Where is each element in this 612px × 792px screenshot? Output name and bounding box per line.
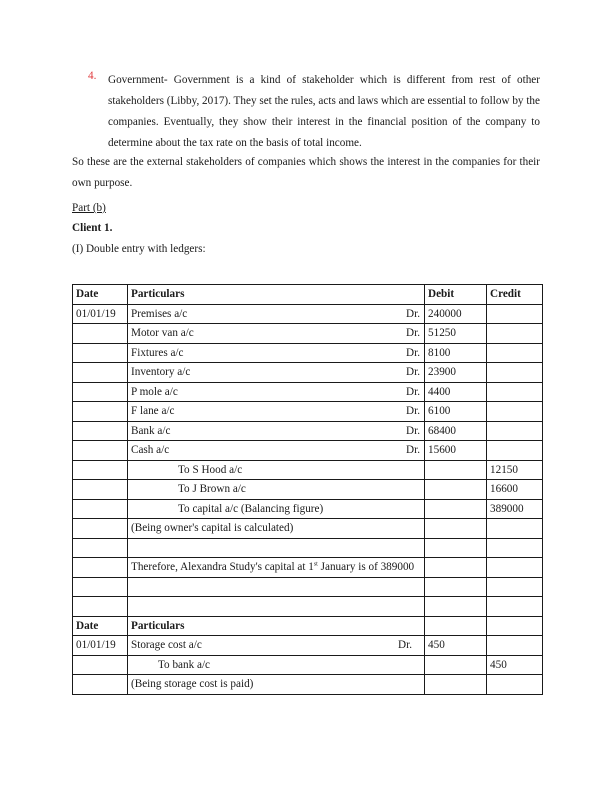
debit-marker: Dr. xyxy=(406,324,420,342)
date-cell xyxy=(73,402,128,422)
header-date: Date xyxy=(73,616,128,636)
summary-paragraph: So these are the external stakeholders o… xyxy=(72,152,540,194)
empty-cell xyxy=(128,597,425,617)
particulars-cell: F lane a/cDr. xyxy=(128,402,425,422)
table-row: (Being storage cost is paid) xyxy=(73,675,543,695)
debit-marker: Dr. xyxy=(406,383,420,401)
table-row: Cash a/cDr.15600 xyxy=(73,441,543,461)
header-credit: Credit xyxy=(487,285,543,305)
debit-cell: 8100 xyxy=(425,343,487,363)
table-header-row: DateParticulars xyxy=(73,616,543,636)
empty-cell xyxy=(425,558,487,578)
empty-cell xyxy=(73,538,128,558)
debit-cell: 450 xyxy=(425,636,487,656)
empty-cell xyxy=(487,597,543,617)
intro-line: (I) Double entry with ledgers: xyxy=(72,243,206,255)
ledger-table: Date Particulars Debit Credit 01/01/19Pr… xyxy=(72,284,543,695)
account-name: P mole a/c xyxy=(131,386,178,398)
particulars-cell: P mole a/cDr. xyxy=(128,382,425,402)
date-cell: 01/01/19 xyxy=(73,636,128,656)
credit-cell xyxy=(487,343,543,363)
date-cell xyxy=(73,655,128,675)
debit-marker: Dr. xyxy=(406,305,420,323)
date-cell xyxy=(73,460,128,480)
debit-cell: 6100 xyxy=(425,402,487,422)
particulars-cell: To J Brown a/c xyxy=(128,480,425,500)
credit-cell xyxy=(487,519,543,539)
credit-cell: 389000 xyxy=(487,499,543,519)
empty-cell xyxy=(487,538,543,558)
debit-cell xyxy=(425,519,487,539)
account-name: F lane a/c xyxy=(131,405,175,417)
account-name: To J Brown a/c xyxy=(178,483,246,495)
date-cell xyxy=(73,421,128,441)
header-particulars: Particulars xyxy=(128,285,425,305)
account-name: To S Hood a/c xyxy=(178,464,242,476)
account-name: Cash a/c xyxy=(131,444,169,456)
date-cell xyxy=(73,382,128,402)
particulars-cell: Motor van a/cDr. xyxy=(128,324,425,344)
table-row: (Being owner's capital is calculated) xyxy=(73,519,543,539)
table-row: Inventory a/cDr.23900 xyxy=(73,363,543,383)
table-header-row: Date Particulars Debit Credit xyxy=(73,285,543,305)
credit-cell xyxy=(487,441,543,461)
date-cell xyxy=(73,480,128,500)
header-debit: Debit xyxy=(425,285,487,305)
account-name: Inventory a/c xyxy=(131,366,190,378)
debit-cell: 23900 xyxy=(425,363,487,383)
empty-cell xyxy=(425,577,487,597)
credit-cell xyxy=(487,304,543,324)
blank-row xyxy=(73,577,543,597)
particulars-cell: Storage cost a/cDr. xyxy=(128,636,425,656)
credit-cell xyxy=(487,421,543,441)
empty-cell xyxy=(425,538,487,558)
header-particulars: Particulars xyxy=(128,616,425,636)
empty-cell xyxy=(73,597,128,617)
debit-marker: Dr. xyxy=(406,422,420,440)
credit-cell xyxy=(487,363,543,383)
debit-cell xyxy=(425,480,487,500)
debit-cell xyxy=(425,655,487,675)
empty-cell xyxy=(128,577,425,597)
empty-cell xyxy=(73,558,128,578)
credit-cell xyxy=(487,402,543,422)
debit-cell: 240000 xyxy=(425,304,487,324)
list-number: 4. xyxy=(88,70,96,82)
credit-cell xyxy=(487,324,543,344)
table-row: P mole a/cDr.4400 xyxy=(73,382,543,402)
credit-cell: 12150 xyxy=(487,460,543,480)
conclusion-row: Therefore, Alexandra Study's capital at … xyxy=(73,558,543,578)
table-row: Fixtures a/cDr.8100 xyxy=(73,343,543,363)
conclusion-cell: Therefore, Alexandra Study's capital at … xyxy=(128,558,425,578)
empty-cell xyxy=(73,577,128,597)
debit-cell: 15600 xyxy=(425,441,487,461)
debit-cell xyxy=(425,460,487,480)
debit-cell: 51250 xyxy=(425,324,487,344)
account-name: Bank a/c xyxy=(131,425,170,437)
account-name: To bank a/c xyxy=(158,659,210,671)
account-name: Fixtures a/c xyxy=(131,347,184,359)
credit-cell xyxy=(487,382,543,402)
credit-cell xyxy=(487,636,543,656)
account-name: Storage cost a/c xyxy=(131,639,202,651)
particulars-cell: To bank a/c xyxy=(128,655,425,675)
conclusion-suffix: January is of 389000 xyxy=(318,561,414,573)
date-cell xyxy=(73,324,128,344)
empty-cell xyxy=(425,616,487,636)
table-row: To S Hood a/c12150 xyxy=(73,460,543,480)
header-date: Date xyxy=(73,285,128,305)
account-name: (Being storage cost is paid) xyxy=(131,678,253,690)
debit-cell xyxy=(425,499,487,519)
particulars-cell: Premises a/cDr. xyxy=(128,304,425,324)
table-row: To capital a/c (Balancing figure)389000 xyxy=(73,499,543,519)
account-name: Premises a/c xyxy=(131,308,187,320)
account-name: To capital a/c (Balancing figure) xyxy=(178,503,323,515)
particulars-cell: Cash a/cDr. xyxy=(128,441,425,461)
debit-cell: 68400 xyxy=(425,421,487,441)
blank-row xyxy=(73,597,543,617)
table-row: 01/01/19Storage cost a/cDr.450 xyxy=(73,636,543,656)
list-item-text: Government- Government is a kind of stak… xyxy=(108,70,540,154)
credit-cell: 450 xyxy=(487,655,543,675)
empty-cell xyxy=(425,597,487,617)
particulars-cell: Bank a/cDr. xyxy=(128,421,425,441)
particulars-cell: To capital a/c (Balancing figure) xyxy=(128,499,425,519)
particulars-cell: Fixtures a/cDr. xyxy=(128,343,425,363)
empty-cell xyxy=(487,577,543,597)
particulars-cell: Inventory a/cDr. xyxy=(128,363,425,383)
debit-marker: Dr. xyxy=(406,402,420,420)
particulars-cell: To S Hood a/c xyxy=(128,460,425,480)
date-cell xyxy=(73,519,128,539)
table-row: To bank a/c450 xyxy=(73,655,543,675)
date-cell xyxy=(73,363,128,383)
table-row: F lane a/cDr.6100 xyxy=(73,402,543,422)
date-cell xyxy=(73,441,128,461)
table-row: Motor van a/cDr.51250 xyxy=(73,324,543,344)
particulars-cell: (Being owner's capital is calculated) xyxy=(128,519,425,539)
date-cell: 01/01/19 xyxy=(73,304,128,324)
debit-cell xyxy=(425,675,487,695)
debit-marker: Dr. xyxy=(406,441,420,459)
date-cell xyxy=(73,343,128,363)
client-heading: Client 1. xyxy=(72,222,112,234)
account-name: Motor van a/c xyxy=(131,327,194,339)
empty-cell xyxy=(487,558,543,578)
table-row: Bank a/cDr.68400 xyxy=(73,421,543,441)
empty-cell xyxy=(128,538,425,558)
conclusion-prefix: Therefore, Alexandra Study's capital at … xyxy=(131,561,314,573)
date-cell xyxy=(73,675,128,695)
debit-marker: Dr. xyxy=(406,344,420,362)
table-row: 01/01/19Premises a/cDr.240000 xyxy=(73,304,543,324)
date-cell xyxy=(73,499,128,519)
particulars-cell: (Being storage cost is paid) xyxy=(128,675,425,695)
account-name: (Being owner's capital is calculated) xyxy=(131,522,293,534)
blank-row xyxy=(73,538,543,558)
credit-cell xyxy=(487,675,543,695)
debit-marker: Dr. xyxy=(398,636,412,654)
credit-cell: 16600 xyxy=(487,480,543,500)
empty-cell xyxy=(487,616,543,636)
table-row: To J Brown a/c16600 xyxy=(73,480,543,500)
debit-cell: 4400 xyxy=(425,382,487,402)
debit-marker: Dr. xyxy=(406,363,420,381)
part-heading: Part (b) xyxy=(72,202,106,214)
